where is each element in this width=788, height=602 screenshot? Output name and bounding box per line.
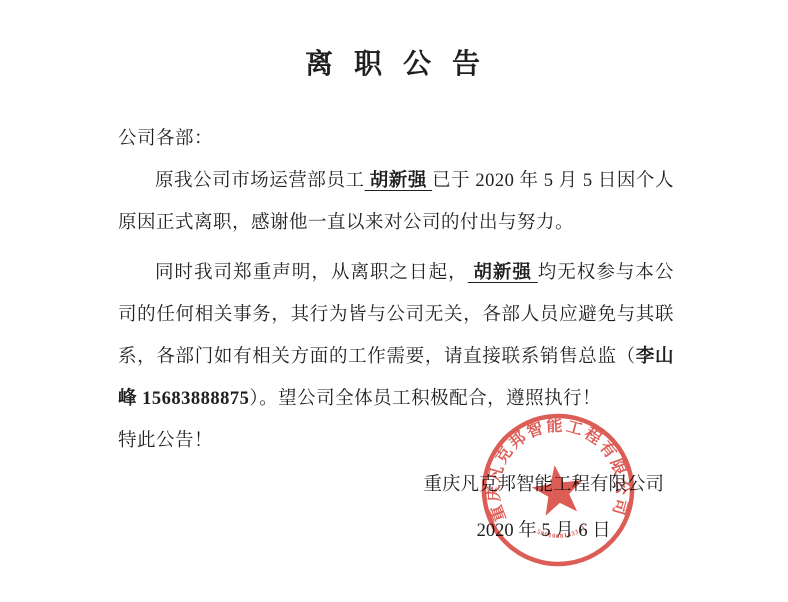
notice-document: 离 职 公 告 公司各部： 原我公司市场运营部员工 胡新强 已于 2020 年 … [118, 48, 674, 552]
document-page: 离 职 公 告 公司各部： 原我公司市场运营部员工 胡新强 已于 2020 年 … [0, 0, 788, 602]
closing-line: 特此公告！ [118, 420, 674, 462]
paragraph2-suffix: ）。望公司全体员工积极配合，遵照执行！ [249, 389, 601, 409]
paragraph2-prefix: 同时我司郑重声明，从离职之日起， [155, 263, 468, 283]
signature-block: 重庆凡克邦智能工程有限公司 2020 年 5 月 6 日 [423, 462, 664, 552]
document-title: 离 职 公 告 [118, 48, 674, 82]
paragraph-statement: 同时我司郑重声明，从离职之日起， 胡新强 均无权参与本公司的任何相关事务，其行为… [118, 252, 674, 420]
salutation: 公司各部： [118, 118, 674, 160]
paragraph1-prefix: 原我公司市场运营部员工 [155, 171, 365, 191]
document-body: 公司各部： 原我公司市场运营部员工 胡新强 已于 2020 年 5 月 5 日因… [118, 118, 674, 462]
employee-name: 胡新强 [365, 171, 433, 191]
signature-company: 重庆凡克邦智能工程有限公司 [423, 464, 664, 506]
employee-name: 胡新强 [468, 263, 538, 283]
paragraph-departure: 原我公司市场运营部员工 胡新强 已于 2020 年 5 月 5 日因个人原因正式… [118, 160, 674, 244]
signature-date: 2020 年 5 月 6 日 [477, 510, 611, 552]
